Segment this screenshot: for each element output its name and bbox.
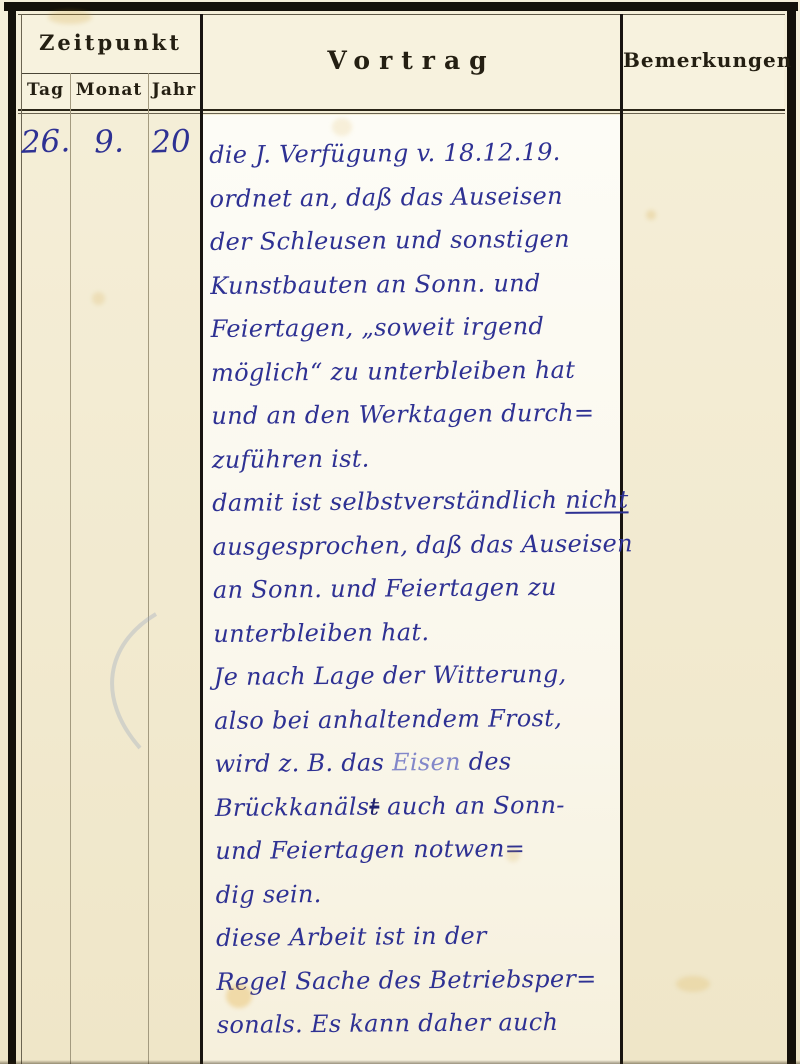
handwritten-line: unterbleiben hat.	[213, 609, 625, 656]
table-left-rule	[21, 14, 22, 1064]
column-header-zeitpunkt: Zeitpunkt	[21, 30, 200, 55]
tag-monat-divider	[70, 73, 71, 1064]
handwritten-line: und Feiertagen notwen=	[215, 826, 627, 873]
handwritten-line: und an den Werktagen durch=	[211, 391, 623, 438]
handwritten-line: sonals. Es kann daher auch	[217, 1000, 629, 1047]
paper-stain	[92, 292, 105, 305]
page-top-border	[4, 2, 798, 11]
handwritten-line: an Sonn. und Feiertagen zu	[213, 565, 625, 612]
header-bottom-rule	[18, 109, 785, 111]
handwritten-line: ordnet an, daß das Auseisen	[209, 174, 621, 221]
handwritten-line: zuführen ist.	[212, 435, 624, 482]
table-top-rule	[18, 14, 785, 15]
column-header-bemerkungen: Bemerkungen	[623, 48, 787, 72]
handwritten-line: diese Arbeit ist in der	[216, 913, 628, 960]
handwritten-line: möglich“ zu unterbleiben hat	[211, 348, 623, 395]
column-header-jahr: Jahr	[148, 80, 200, 100]
column-header-monat: Monat	[70, 80, 148, 100]
handwritten-line: ausgesprochen, daß das Auseisen	[212, 522, 624, 569]
entry-month-value: 9.	[69, 123, 148, 162]
page-left-border	[8, 10, 16, 1064]
handwritten-line: also bei anhaltendem Frost,	[214, 696, 626, 743]
document-page: Zeitpunkt Tag Monat Jahr Vortrag Bemerku…	[0, 0, 800, 1064]
page-right-border	[787, 2, 796, 1064]
handwritten-line: Regel Sache des Betriebsper=	[216, 957, 628, 1004]
handwritten-line: Feiertagen, „soweit irgend	[211, 304, 623, 351]
handwritten-line: dig sein.	[215, 870, 627, 917]
entry-day-value: 26.	[17, 123, 73, 161]
handwritten-line: die J. Verfügung v. 18.12.19.	[209, 130, 621, 177]
handwritten-line: wird z. B. das Eisen des	[214, 739, 626, 786]
column-header-tag: Tag	[21, 80, 70, 100]
jahr-vortrag-divider	[200, 14, 203, 1064]
header-bottom-rule-thin	[18, 113, 785, 114]
handwritten-line: Kunstbauten an Sonn. und	[210, 261, 622, 308]
column-header-vortrag: Vortrag	[203, 46, 620, 75]
page-bottom-edge	[0, 1060, 800, 1064]
vortrag-entry: die J. Verfügung v. 18.12.19.ordnet an, …	[209, 130, 629, 1047]
bemerkungen-cell	[624, 116, 786, 1060]
handwritten-line: Brückkanälst auch an Sonn-	[215, 783, 627, 830]
handwritten-line: der Schleusen und sonstigen	[210, 217, 622, 264]
monat-jahr-divider	[148, 73, 149, 1064]
handwritten-line: Je nach Lage der Witterung,	[214, 652, 626, 699]
entry-year-value: 20	[141, 123, 200, 161]
handwritten-line: damit ist selbstverständlich nicht	[212, 478, 624, 525]
pencil-mark	[78, 606, 188, 756]
zeitpunkt-subheader-rule	[21, 73, 200, 74]
